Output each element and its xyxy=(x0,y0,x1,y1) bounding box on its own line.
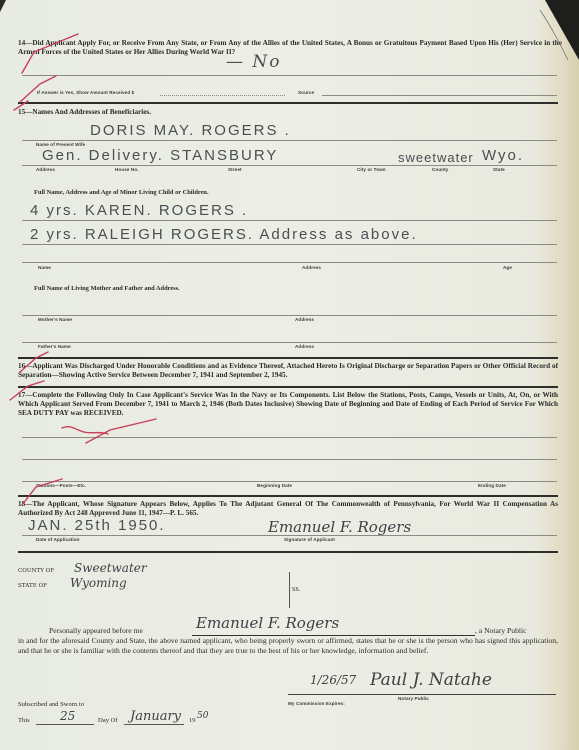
red-check-marks xyxy=(0,0,579,750)
document-page: 14—Did Applicant Apply For, or Receive F… xyxy=(0,0,579,750)
